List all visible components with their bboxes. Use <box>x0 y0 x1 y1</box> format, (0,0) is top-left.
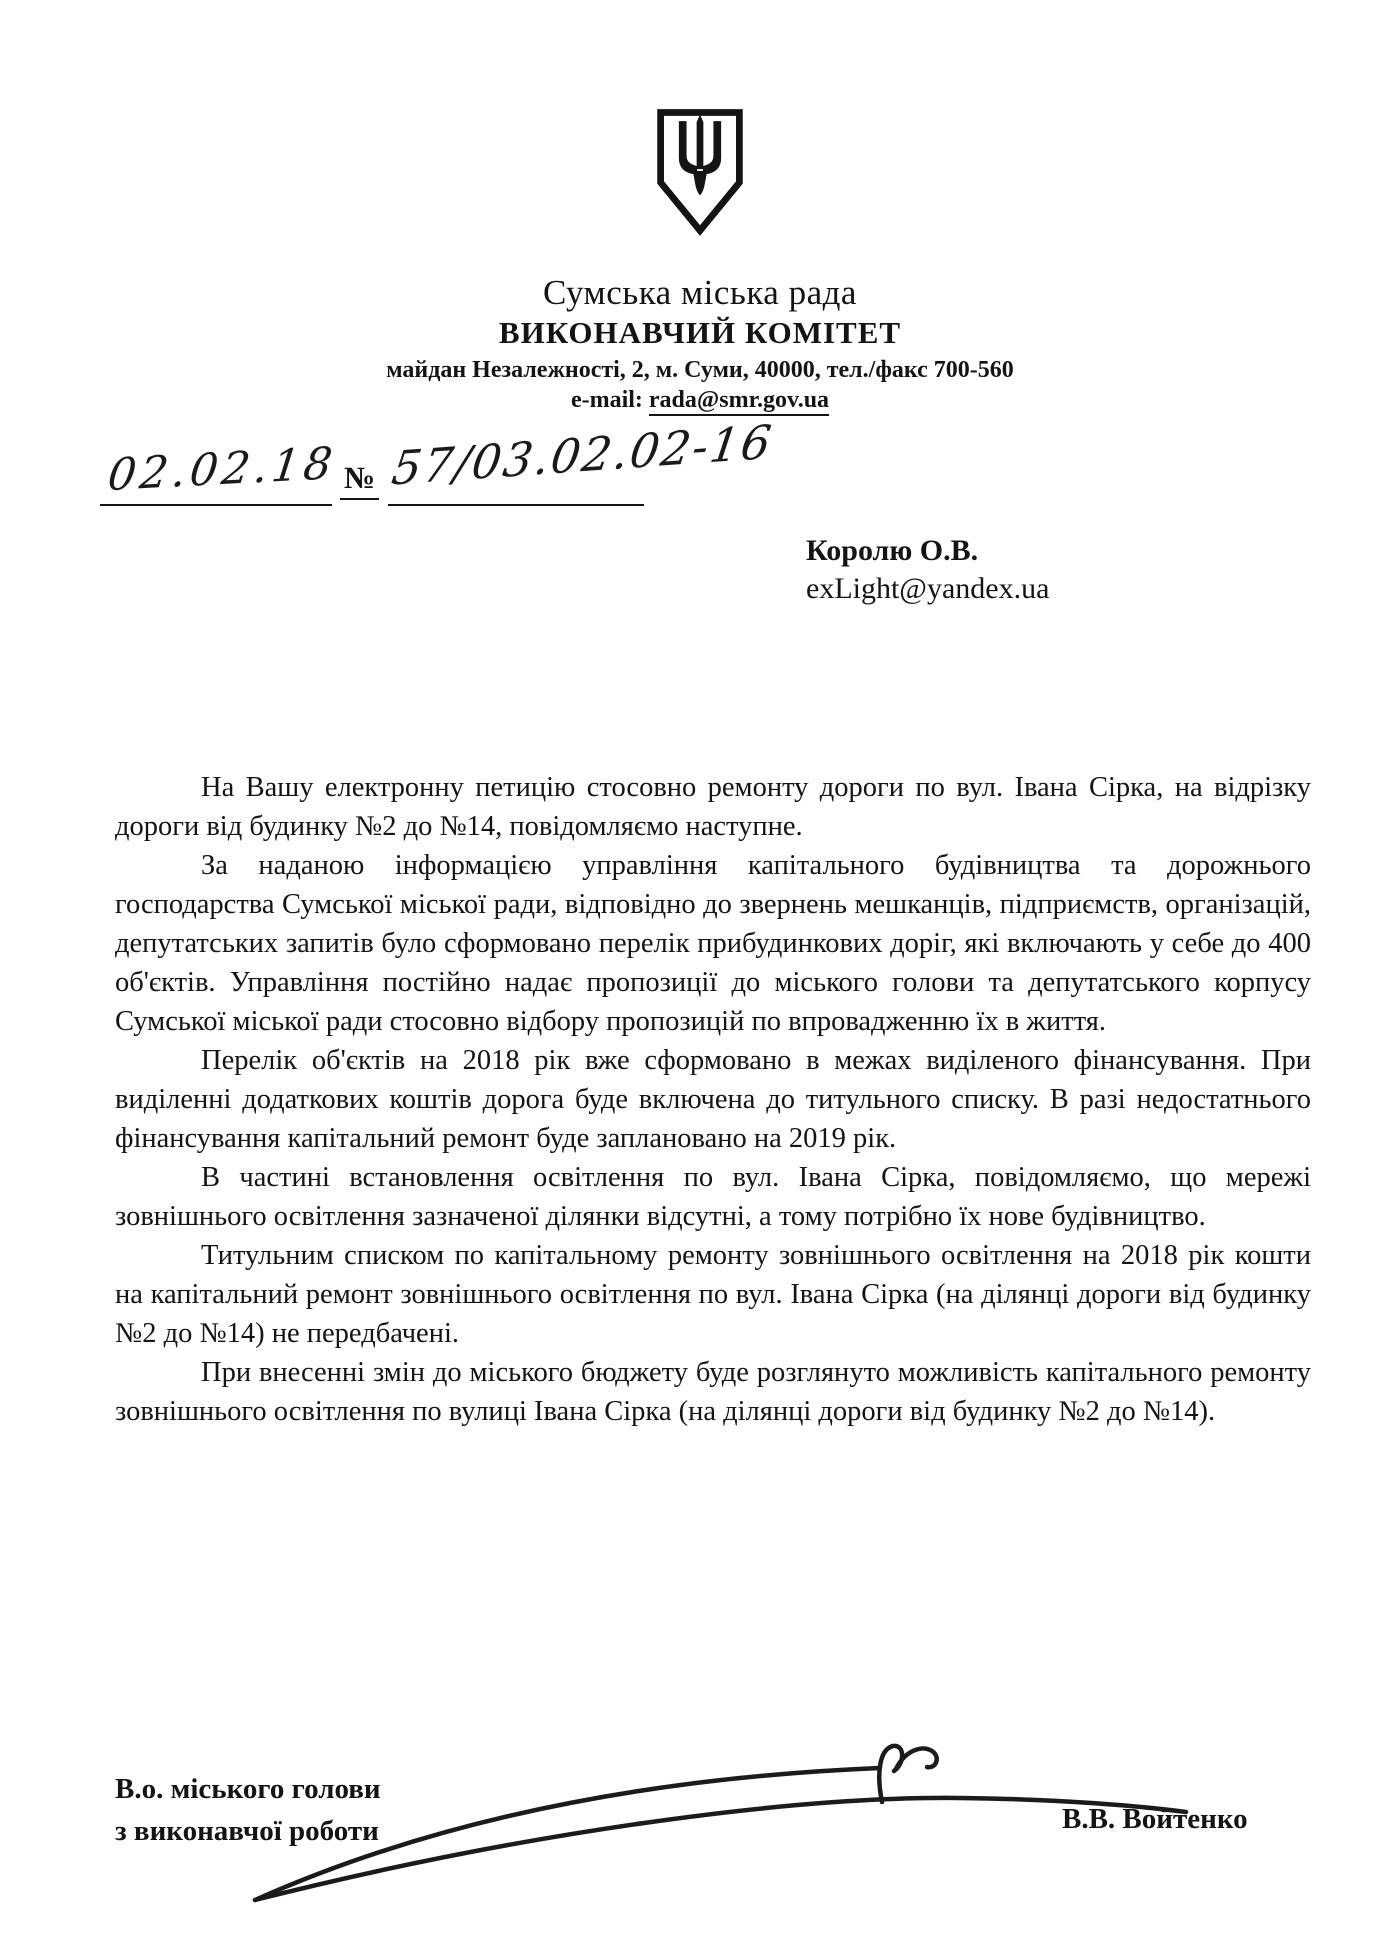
org-name: Сумська міська рада <box>0 272 1400 313</box>
email-label: e-mail: <box>571 387 643 413</box>
scanned-letter-page: Сумська міська рада ВИКОНАВЧИЙ КОМІТЕТ м… <box>0 0 1400 1943</box>
recipient-email: exLight@yandex.ua <box>806 570 1049 608</box>
paragraph: На Вашу електронну петицію стосовно ремо… <box>115 768 1311 846</box>
org-address: майдан Незалежності, 2, м. Суми, 40000, … <box>0 356 1400 384</box>
signer-position-line1: В.о. міського голови <box>115 1768 381 1810</box>
paragraph: При внесенні змін до міського бюджету бу… <box>115 1353 1311 1431</box>
org-email: rada@smr.gov.ua <box>649 387 829 416</box>
paragraph: За наданою інформацією управління капіта… <box>115 846 1311 1041</box>
paragraph: В частині встановлення освітлення по вул… <box>115 1158 1311 1236</box>
date-underline <box>100 504 332 506</box>
recipient-name: Королю О.В. <box>806 532 1049 570</box>
handwritten-date: 02.02.18 <box>105 438 339 501</box>
recipient-block: Королю О.В. exLight@yandex.ua <box>806 532 1049 609</box>
org-unit: ВИКОНАВЧИЙ КОМІТЕТ <box>0 315 1400 352</box>
number-underline <box>388 504 644 506</box>
handwritten-number: 57/03.02.02-16 <box>389 414 777 495</box>
signer-position: В.о. міського голови з виконавчої роботи <box>115 1768 381 1852</box>
number-label: № <box>340 460 379 500</box>
signer-name: В.В. Войтенко <box>1062 1803 1248 1836</box>
letter-body: На Вашу електронну петицію стосовно ремо… <box>115 768 1311 1431</box>
signer-position-line2: з виконавчої роботи <box>115 1810 381 1852</box>
paragraph: Перелік об'єктів на 2018 рік вже сформов… <box>115 1041 1311 1158</box>
letterhead: Сумська міська рада ВИКОНАВЧИЙ КОМІТЕТ м… <box>0 272 1400 415</box>
paragraph: Титульним списком по капітальному ремонт… <box>115 1236 1311 1353</box>
ukraine-trident-emblem-icon <box>652 106 748 238</box>
org-email-line: e-mail: rada@smr.gov.ua <box>0 386 1400 414</box>
